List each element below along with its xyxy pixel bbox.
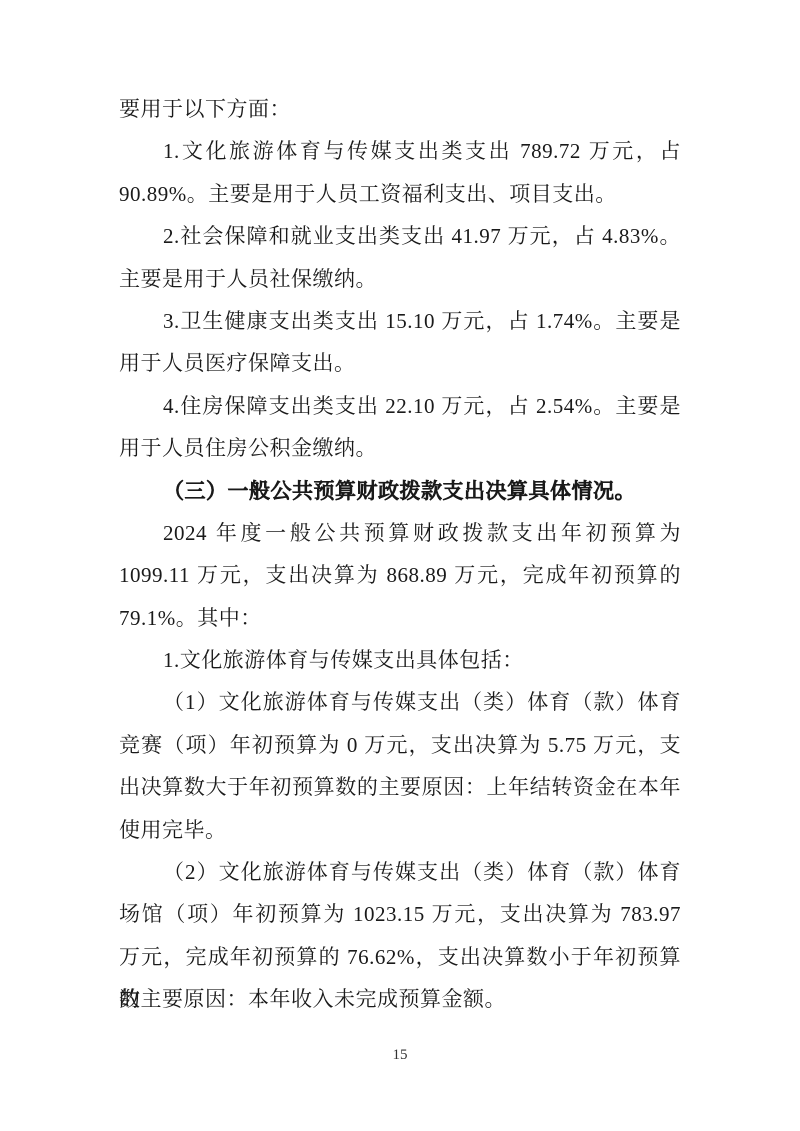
text-line: 出决算数大于年初预算数的主要原因：上年结转资金在本年	[119, 766, 681, 808]
text-line: 4.住房保障支出类支出 22.10 万元，占 2.54%。主要是	[119, 385, 681, 427]
text-line: 90.89%。主要是用于人员工资福利支出、项目支出。	[119, 173, 681, 215]
document-body: 要用于以下方面：1.文化旅游体育与传媒支出类支出 789.72 万元，占90.8…	[119, 88, 681, 1021]
text-line: 1.文化旅游体育与传媒支出具体包括：	[119, 639, 681, 681]
text-line: 竞赛（项）年初预算为 0 万元，支出决算为 5.75 万元，支	[119, 724, 681, 766]
document-page: 要用于以下方面：1.文化旅游体育与传媒支出类支出 789.72 万元，占90.8…	[0, 0, 800, 1131]
page-number: 15	[0, 1044, 800, 1066]
text-line: （1）文化旅游体育与传媒支出（类）体育（款）体育	[119, 681, 681, 723]
text-line: 场馆（项）年初预算为 1023.15 万元，支出决算为 783.97	[119, 893, 681, 935]
text-line: 用于人员医疗保障支出。	[119, 342, 681, 384]
text-line: 79.1%。其中：	[119, 597, 681, 639]
text-line: 的主要原因：本年收入未完成预算金额。	[119, 978, 681, 1020]
text-line: 使用完毕。	[119, 809, 681, 851]
text-line: 1.文化旅游体育与传媒支出类支出 789.72 万元，占	[119, 130, 681, 172]
text-line: 万元，完成年初预算的 76.62%，支出决算数小于年初预算数	[119, 936, 681, 978]
section-heading-line: （三）一般公共预算财政拨款支出决算具体情况。	[119, 470, 681, 512]
text-line: 用于人员住房公积金缴纳。	[119, 427, 681, 469]
text-line: （2）文化旅游体育与传媒支出（类）体育（款）体育	[119, 851, 681, 893]
text-line: 2.社会保障和就业支出类支出 41.97 万元，占 4.83%。	[119, 215, 681, 257]
text-line: 主要是用于人员社保缴纳。	[119, 258, 681, 300]
text-line: 要用于以下方面：	[119, 88, 681, 130]
text-line: 3.卫生健康支出类支出 15.10 万元，占 1.74%。主要是	[119, 300, 681, 342]
text-line: 2024 年度一般公共预算财政拨款支出年初预算为	[119, 512, 681, 554]
text-line: 1099.11 万元，支出决算为 868.89 万元，完成年初预算的	[119, 554, 681, 596]
